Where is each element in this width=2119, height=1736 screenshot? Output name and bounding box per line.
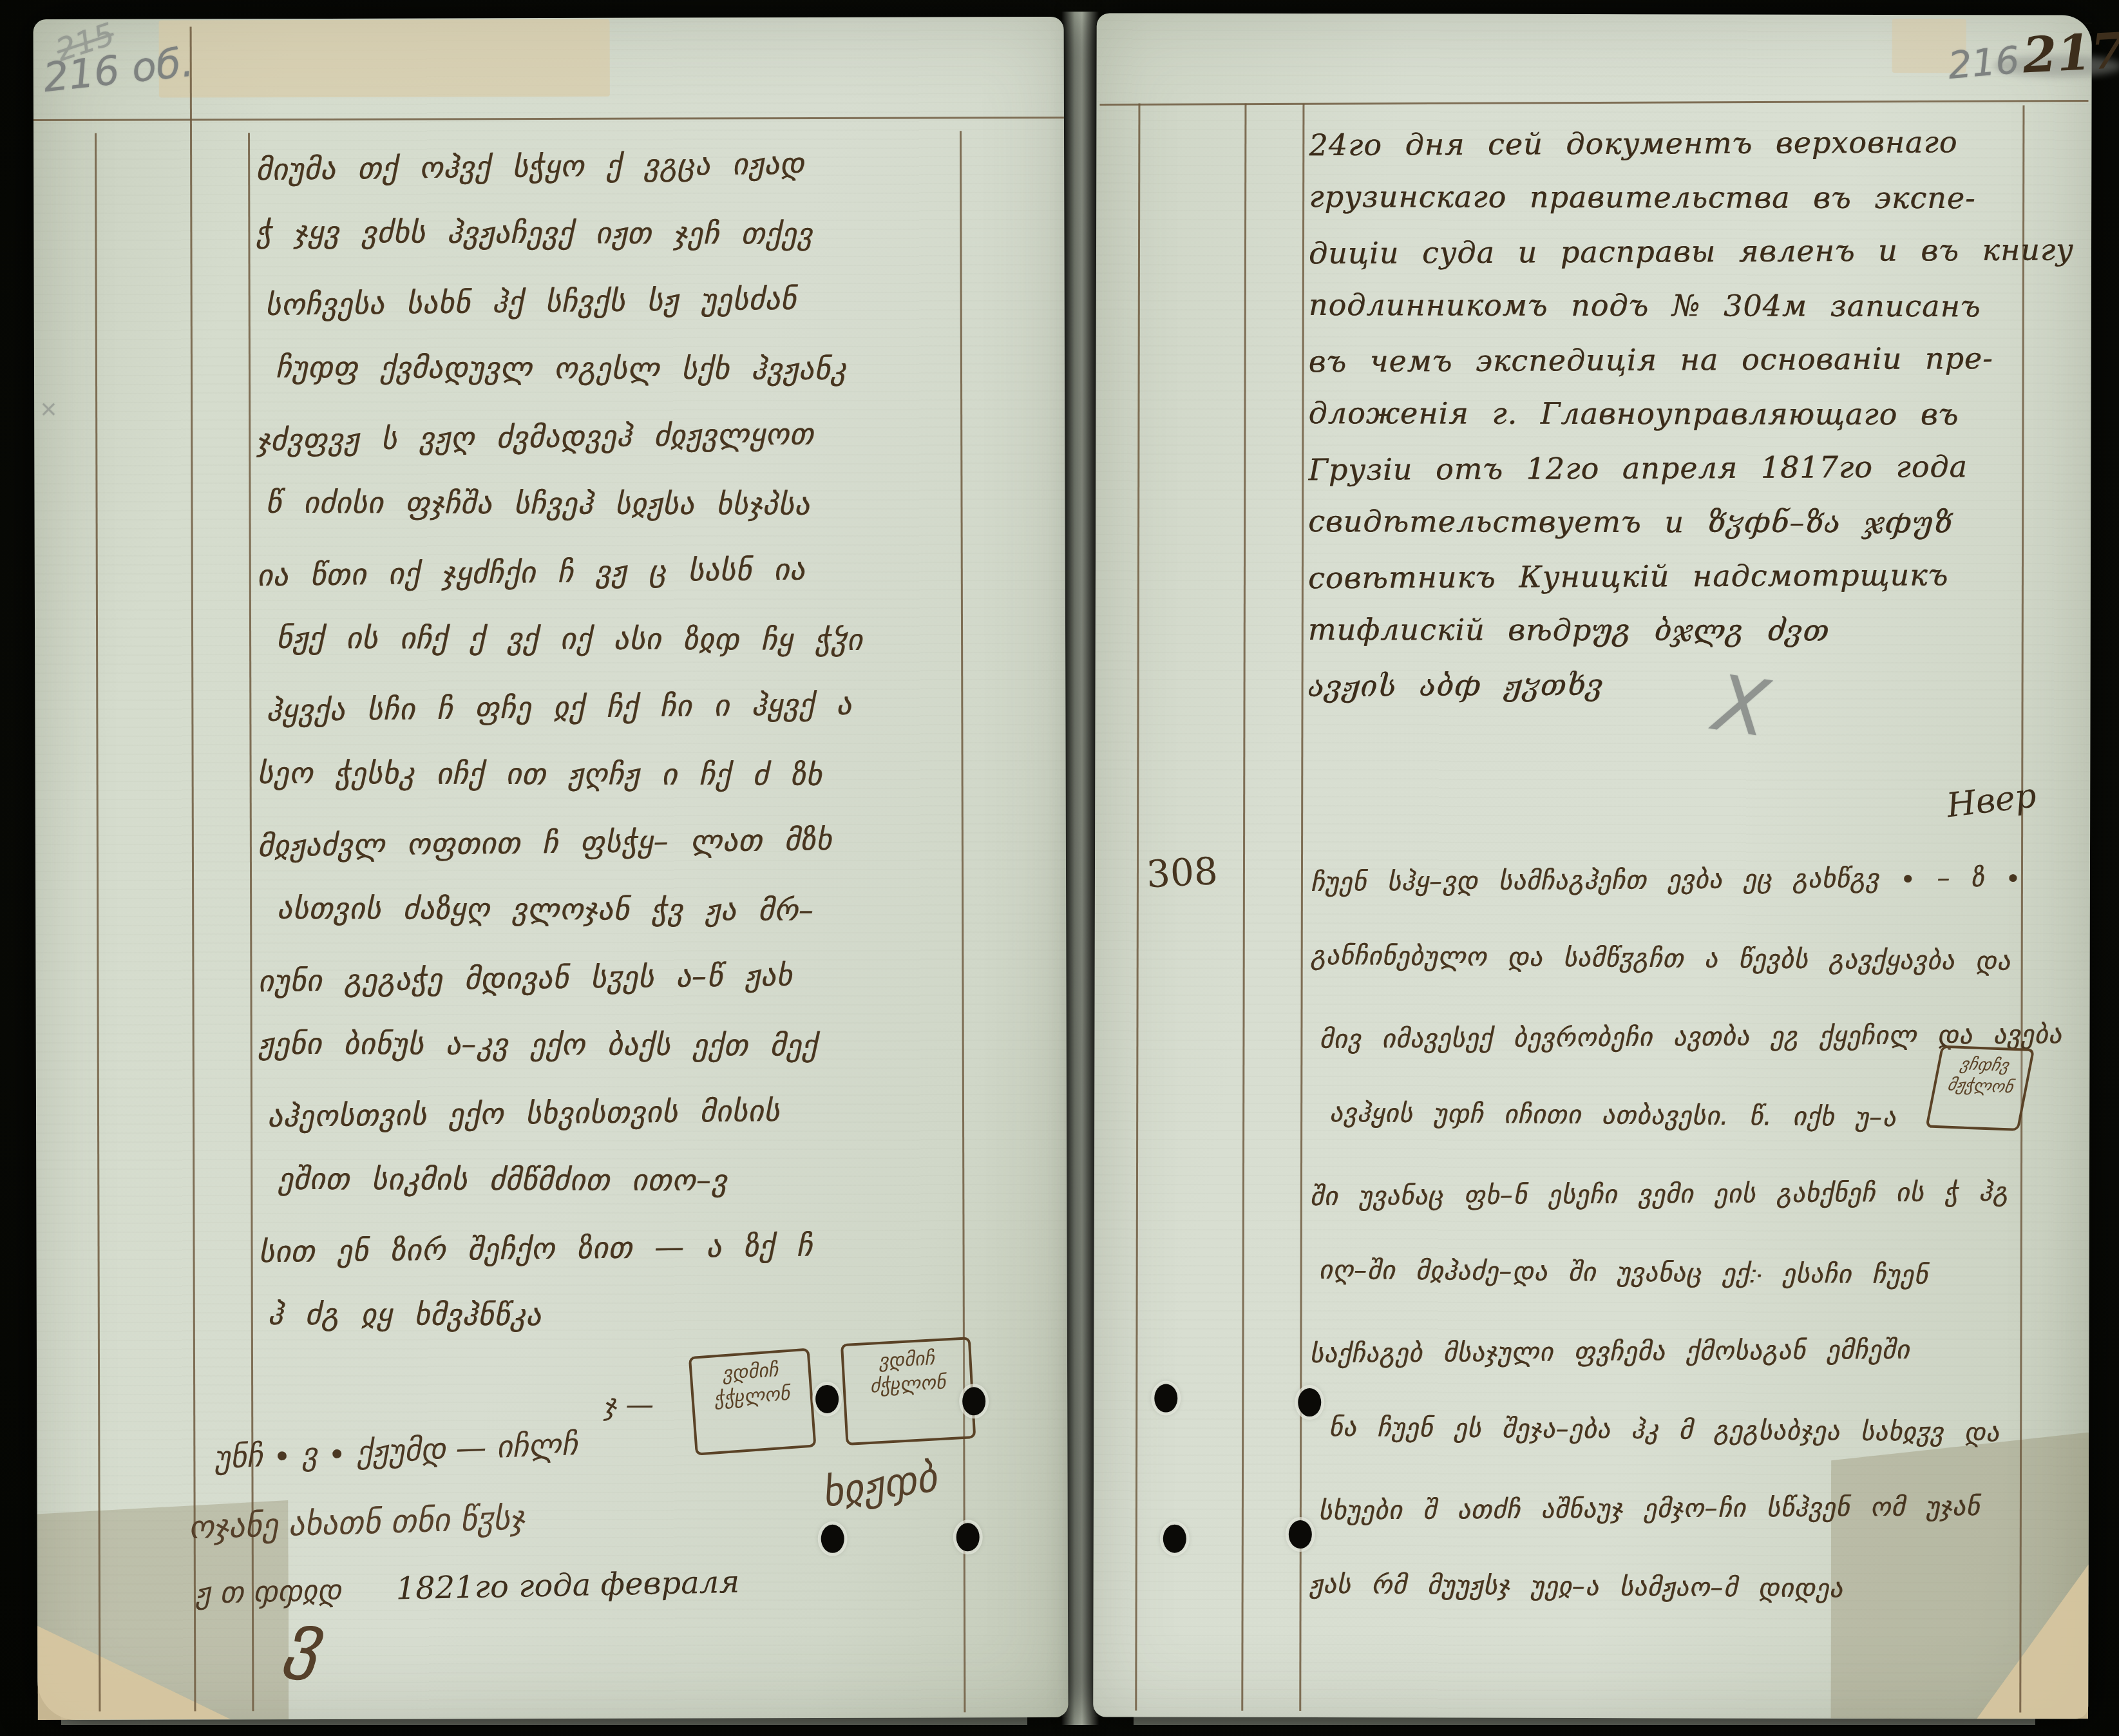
seal-box: ვდმიჩ ძჭჸლონ <box>841 1337 976 1445</box>
ruled-line <box>1135 104 1140 1711</box>
handwritten-line: მჲჟაძვლ ოფთით ჩ ფსჭყ– ლათ მზხ <box>257 804 992 880</box>
handwritten-line: ავჟის აბჶ ჟჳთხვ <box>1307 655 2067 713</box>
handwritten-line: 24го дня сей документъ верховнаго <box>1309 114 2069 172</box>
seal-text: მჟჭლონ <box>1938 1074 2023 1098</box>
georgian-text-block: მიუმა თქ ოჰვქ სჭყო ქ ვგცა იჟადჭ ჯყვ ვძხს… <box>256 131 993 1350</box>
handwritten-line: Грузiи отъ 12го апреля 1817го года <box>1308 439 2068 497</box>
handwritten-line: სხუები შ ათძჩ აშნაუჯ ემჯო–ჩი სწჰვენ ომ უ… <box>1309 1467 2025 1550</box>
handwritten-line: ში უვანაც ფხ–ნ ესეჩი ვემი ეის გახქნეჩ ის… <box>1310 1153 2026 1236</box>
binding-hole <box>1289 1520 1312 1549</box>
binding-hole <box>956 1523 980 1551</box>
georgian-text-block: ჩუენ სჰყ–ვდ სამჩაგჰეჩთ ევბა ეც გახწგვ ∙ … <box>1309 840 2026 1627</box>
seal-box: ვდმიჩ ჭჭჸლონ <box>689 1348 817 1456</box>
handwritten-line: სით ენ ზირ შეჩქო ზით — ა ზქ ჩ <box>258 1210 993 1286</box>
handwritten-line: совѣтникъ Куницкiй надсмотрщикъ <box>1308 547 2068 605</box>
signature-row: უნჩ ∙ ვ ∙ ქჟუმდ — იჩლჩ <box>214 1426 578 1476</box>
date-russian: 1821го года февраля <box>395 1564 740 1607</box>
handwritten-line: дицiи суда и расправы явленъ и въ книгу <box>1309 222 2069 280</box>
handwritten-line: მიუმა თქ ოჰვქ სჭყო ქ ვგცა იჟად <box>256 128 991 204</box>
ruled-line <box>1099 100 2088 106</box>
ruled-line <box>1299 104 1304 1711</box>
pre-stamp-text: ჯ — <box>603 1389 654 1422</box>
handwritten-line: სოჩვესა სახნ ჰქ სჩვქს სჟ უესძან <box>256 263 991 339</box>
handwritten-line: ეშით სიკმის ძმწმძით ითო–ვ <box>258 1145 993 1216</box>
handwritten-line: ასთვის ძაზყღ ვლოჯან ჭვ ჟა მრ– <box>258 875 992 945</box>
handwritten-line: грузинскаго правительства въ экспе- <box>1309 169 2069 225</box>
seal-box: ვჩჶჩვ მჟჭლონ <box>1925 1045 2035 1131</box>
handwritten-line: ჟას რმ მუუჟსჯ უეჲ–ა სამჟაო–მ დიდეა <box>1309 1545 2024 1630</box>
binding-hole <box>821 1525 844 1553</box>
handwritten-line: подлинникомъ подъ № 304м записанъ <box>1309 278 2069 333</box>
binding-hole <box>1154 1384 1177 1413</box>
ruled-line <box>95 133 100 1712</box>
binding-hole <box>815 1385 839 1413</box>
handwritten-line: ია წთი იქ ჯყძჩქი ჩ ვჟ ც სასნ ია <box>256 533 991 609</box>
handwritten-line: ავჰყის უჶჩ იჩითი ათბავესი. წ. იქხ უ–ა <box>1310 1074 2026 1158</box>
right-page: 216 217 24го дня сей документъ верховнаг… <box>1093 13 2092 1719</box>
handwritten-line: იღ–ში მჲჰაძე–და ში უვანაც ექ჻ ესაჩი ჩუენ <box>1309 1231 2025 1315</box>
folio-number-ink: 217 <box>2022 22 2119 84</box>
ruled-line <box>33 117 1064 121</box>
handwritten-line: ჩუენ სჰყ–ვდ სამჩაგჰეჩთ ევბა ეც გახწგვ ∙ … <box>1311 839 2026 922</box>
margin-ink-note: Нвер <box>1944 776 2038 825</box>
margin-tick: × <box>39 396 58 422</box>
folio-number-pencil: 216 <box>1946 38 2021 88</box>
handwritten-line: საქჩაგებ მსაჯული ფვჩემა ქმოსაგან ემჩეში <box>1309 1310 2025 1393</box>
handwritten-line: წ იძისი ფჯჩშა სჩვეჰ სჲჟსა ხსჯპსა <box>256 469 991 539</box>
handwritten-line: въ чемъ экспедицiя на основанiи пре- <box>1308 330 2068 388</box>
handwritten-line: სეო ჭესხკ იჩქ ით ჟღჩჟ ი ჩქ ძ ზხ <box>257 739 991 810</box>
binding-hole <box>1163 1525 1186 1553</box>
handwritten-line: აჰეოსთვის ექო სხვისთვის მისის <box>258 1074 993 1150</box>
handwritten-line: ნჟქ ის იჩქ ქ ვქ იქ ასი ზჲჶ ჩყ ჭჴი <box>257 604 991 674</box>
handwritten-line: მივ იმავესექ ბევრობეჩი ავთბა ეჷ ქყეჩილ დ… <box>1310 996 2026 1079</box>
ruled-line <box>1241 104 1246 1711</box>
handwritten-line: тифлискiй вѣдрუგ ბჯლგ ძვთ <box>1308 602 2068 658</box>
handwritten-line: ნა ჩუენ ეს შეჯა–ება ჰკ მ გეგსაბჯეა სახჲჳ… <box>1309 1388 2025 1473</box>
handwritten-line: дложенiя г. Главноуправляющаго въ <box>1308 386 2068 441</box>
binding-hole <box>962 1387 985 1415</box>
handwritten-line: ჩუჶფ ქვმადუვლ ოგესლ სქხ ჰვჟანკ <box>256 334 991 404</box>
ruled-line <box>190 26 196 1711</box>
corner-flourish: ვ <box>281 1596 326 1682</box>
entry-number: 308 <box>1145 849 1219 896</box>
signature-flourish: ხჲჟჶბ <box>819 1453 940 1516</box>
handwritten-line: ჰყვქა სჩი ჩ ფჩე ჲქ ჩქ ჩი ი ჰყვქ ა <box>257 669 992 745</box>
binding-hole <box>1298 1388 1321 1416</box>
handwritten-line: ჯძვფვჟ ს ვჟღ ძვმადვეჰ ძჲჟვლყოთ <box>256 398 991 474</box>
handwritten-line: ჰ ძგ ჲყ ხმვჰნწკა <box>259 1281 993 1351</box>
handwritten-line: განჩინებულო და სამწჳგჩთ ა წევბს გავქყავბ… <box>1310 917 2026 1001</box>
tape-patch-top <box>159 19 610 98</box>
handwritten-line: свидѣтельствуетъ и ზჳჶნ–ზა ჯჶუზ <box>1308 494 2068 549</box>
handwritten-line: ჟენი ბინუს ა–კვ ექო ბაქს ექთ მექ <box>258 1010 993 1080</box>
handwritten-line: ჭ ჯყვ ვძხს ჰვჟაჩევქ იჟთ ჯეჩ თქევ <box>256 198 990 269</box>
russian-text-block: 24го дня сей документъ верховнагогрузинс… <box>1308 115 2069 712</box>
left-page: 215 216 об. × მიუმა თქ ოჰვქ სჭყო ქ ვგცა … <box>33 17 1069 1720</box>
manuscript-scan: 215 216 об. × მიუმა თქ ოჰვქ სჭყო ქ ვგცა … <box>0 0 2119 1736</box>
handwritten-line: იუნი გეგაჭე მდივან სჳეს ა–წ ჟახ <box>258 939 993 1015</box>
seal-text: ვჩჶჩვ <box>1942 1053 2027 1077</box>
